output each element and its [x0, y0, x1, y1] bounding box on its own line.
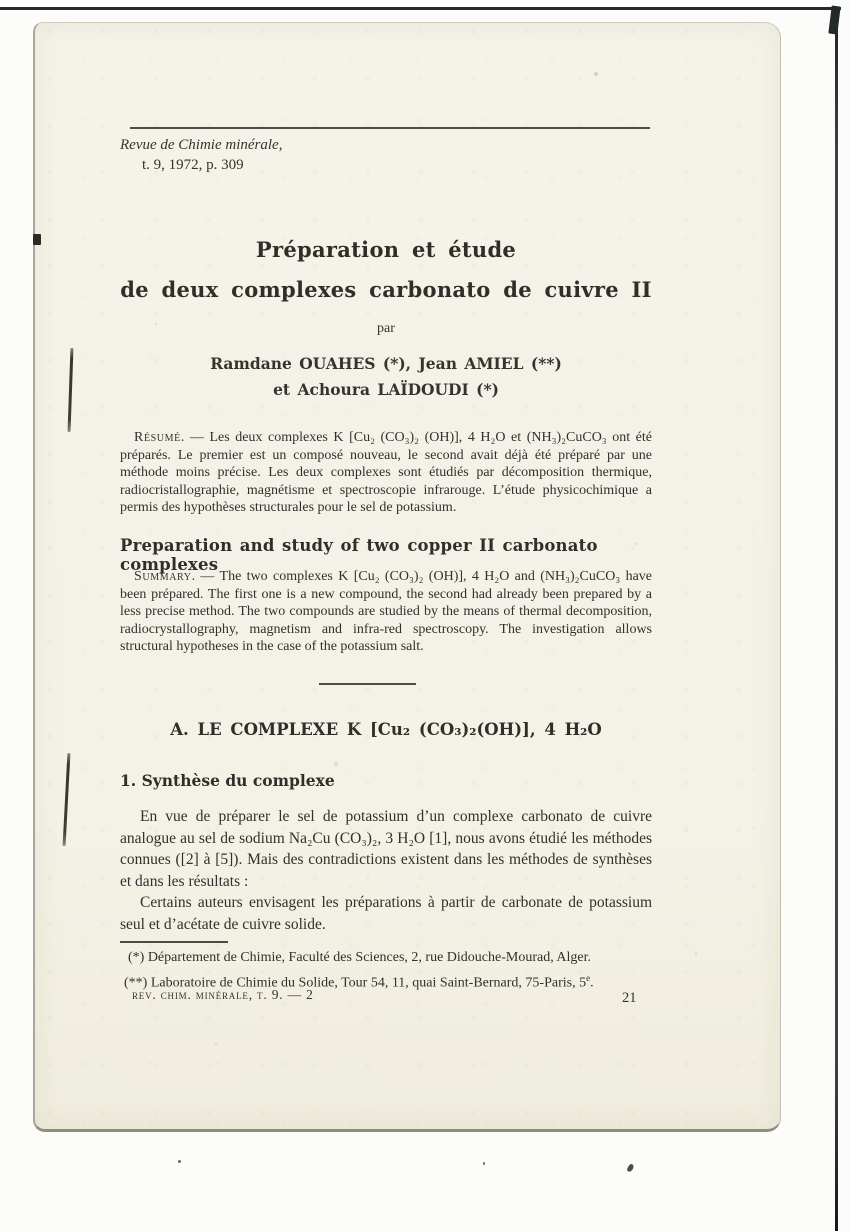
- abstract-french-label: Résumé: [134, 430, 181, 445]
- scanner-speck-2: [483, 1162, 485, 1165]
- abstract-english-label: Summary: [134, 569, 192, 584]
- journal-reference: Revue de Chimie minérale, t. 9, 1972, p.…: [120, 135, 652, 175]
- article-title-line2: de deux complexes carbonato de cuivre II: [120, 277, 652, 302]
- paper-sheet: Revue de Chimie minérale, t. 9, 1972, p.…: [33, 22, 781, 1132]
- journal-issue: t. 9, 1972, p. 309: [120, 155, 652, 175]
- subsection-1-heading: 1. Synthèse du complexe: [120, 771, 652, 790]
- body-text: En vue de préparer le sel de potassium d…: [120, 806, 652, 935]
- article-title: Préparation et étude de deux complexes c…: [120, 237, 652, 302]
- abstract-english: Summary. — The two complexes K [Cu₂ (CO₃…: [120, 568, 652, 656]
- scan-edge-top-line: [0, 7, 841, 10]
- authors-block: Ramdane OUAHES (*), Jean AMIEL (**) et A…: [120, 351, 652, 403]
- scanned-page: Revue de Chimie minérale, t. 9, 1972, p.…: [0, 0, 850, 1231]
- section-a-heading: A. LE COMPLEXE K [Cu₂ (CO₃)₂(OH)], 4 H₂O: [120, 720, 652, 739]
- page-number: 21: [622, 990, 637, 1007]
- article-title-line1: Préparation et étude: [120, 237, 652, 262]
- paper-texture-specks: [35, 23, 37, 25]
- body-paragraph-2: Certains auteurs envisagent les préparat…: [120, 892, 652, 935]
- scanner-speck-3: [626, 1163, 634, 1172]
- footnote-2-period: .: [590, 976, 594, 991]
- authors-line1: Ramdane OUAHES (*), Jean AMIEL (**): [120, 351, 652, 377]
- footnote-rule: [120, 941, 228, 943]
- journal-name: Revue de Chimie minérale,: [120, 135, 652, 155]
- body-paragraph-1: En vue de préparer le sel de potassium d…: [120, 806, 652, 892]
- section-divider-rule: [319, 683, 416, 685]
- abstract-french: Résumé. — Les deux complexes K [Cu₂ (CO₃…: [120, 429, 652, 517]
- abstract-french-dash: . —: [181, 430, 210, 445]
- scanner-speck-1: [178, 1160, 181, 1163]
- scan-edge-right-line: [835, 7, 838, 1231]
- abstract-english-dash: . —: [192, 569, 220, 584]
- authors-line2: et Achoura LAÏDOUDI (*): [120, 377, 652, 403]
- edge-ink-mark: [33, 234, 41, 245]
- scan-edge-right-cap: [828, 6, 840, 35]
- header-rule: [130, 127, 650, 129]
- journal-signature: rev. chim. minérale, t. 9. — 2: [132, 987, 314, 1003]
- byline: par: [120, 321, 652, 337]
- footnote-1: (*) Département de Chimie, Faculté des S…: [124, 948, 656, 968]
